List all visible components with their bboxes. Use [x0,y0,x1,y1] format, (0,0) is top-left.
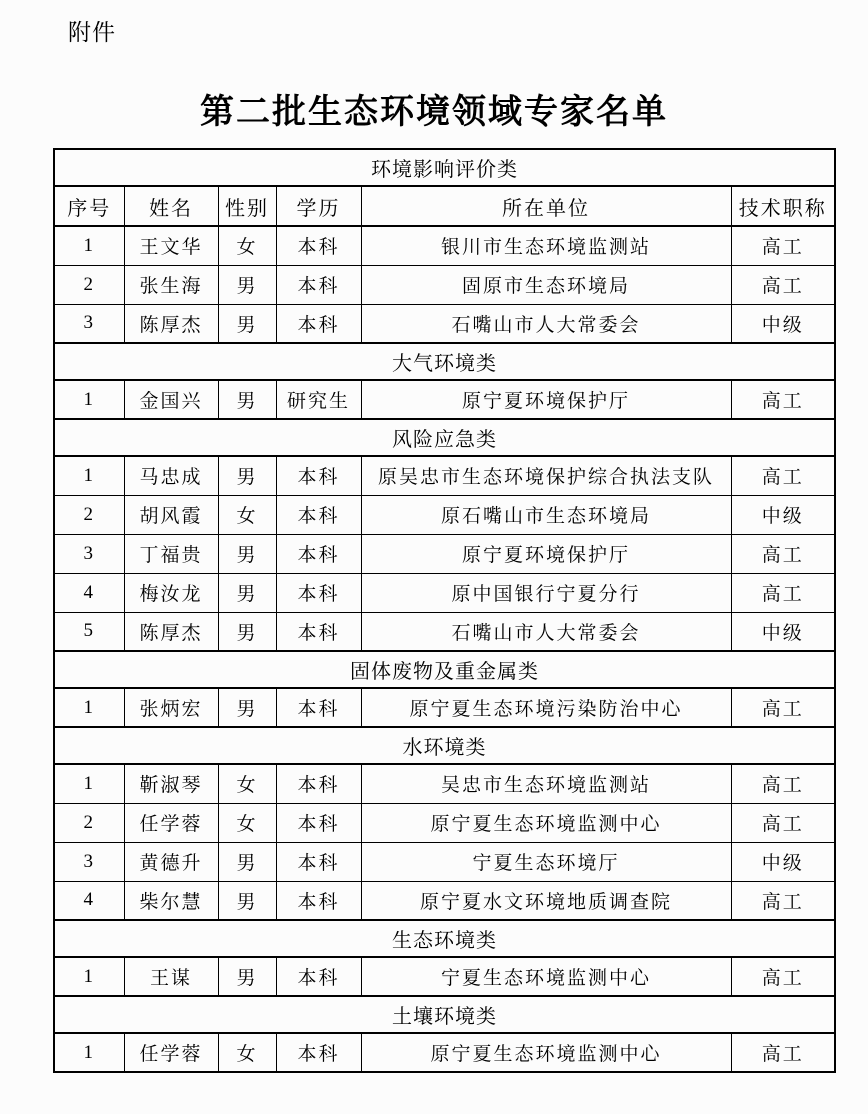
section-title: 水环境类 [54,727,835,764]
cell-job-title: 中级 [731,495,835,534]
column-header-5: 技术职称 [731,186,835,226]
cell-education: 本科 [276,304,361,343]
column-header-4: 所在单位 [361,186,731,226]
table-row: 3黄德升男本科宁夏生态环境厅中级 [54,842,835,881]
cell-index: 1 [54,688,124,727]
table-row: 4柴尔慧男本科原宁夏水文环境地质调查院高工 [54,881,835,920]
cell-gender: 男 [218,456,276,495]
cell-name: 马忠成 [124,456,218,495]
experts-table-body: 环境影响评价类序号姓名性别学历所在单位技术职称1王文华女本科银川市生态环境监测站… [54,149,835,1072]
column-header-0: 序号 [54,186,124,226]
section-header-row: 大气环境类 [54,343,835,380]
cell-index: 1 [54,380,124,419]
cell-name: 金国兴 [124,380,218,419]
table-row: 3丁福贵男本科原宁夏环境保护厅高工 [54,534,835,573]
cell-education: 研究生 [276,380,361,419]
table-row: 4梅汝龙男本科原中国银行宁夏分行高工 [54,573,835,612]
cell-index: 2 [54,495,124,534]
table-row: 5陈厚杰男本科石嘴山市人大常委会中级 [54,612,835,651]
cell-name: 王文华 [124,226,218,265]
cell-education: 本科 [276,881,361,920]
cell-job-title: 高工 [731,764,835,803]
cell-gender: 男 [218,957,276,996]
cell-education: 本科 [276,456,361,495]
cell-job-title: 中级 [731,612,835,651]
cell-education: 本科 [276,957,361,996]
cell-education: 本科 [276,573,361,612]
cell-unit: 原宁夏生态环境污染防治中心 [361,688,731,727]
cell-job-title: 中级 [731,842,835,881]
cell-name: 张炳宏 [124,688,218,727]
cell-gender: 男 [218,612,276,651]
cell-unit: 宁夏生态环境厅 [361,842,731,881]
cell-name: 任学蓉 [124,1033,218,1072]
page-title: 第二批生态环境领域专家名单 [0,84,868,133]
cell-education: 本科 [276,534,361,573]
cell-unit: 原中国银行宁夏分行 [361,573,731,612]
column-header-3: 学历 [276,186,361,226]
cell-job-title: 高工 [731,688,835,727]
cell-index: 5 [54,612,124,651]
column-header-2: 性别 [218,186,276,226]
cell-gender: 女 [218,495,276,534]
cell-name: 张生海 [124,265,218,304]
cell-unit: 宁夏生态环境监测中心 [361,957,731,996]
table-row: 1王文华女本科银川市生态环境监测站高工 [54,226,835,265]
cell-unit: 石嘴山市人大常委会 [361,612,731,651]
cell-gender: 男 [218,304,276,343]
cell-unit: 原宁夏环境保护厅 [361,534,731,573]
cell-job-title: 高工 [731,380,835,419]
section-title: 土壤环境类 [54,996,835,1033]
cell-gender: 男 [218,573,276,612]
cell-unit: 原宁夏环境保护厅 [361,380,731,419]
section-title: 大气环境类 [54,343,835,380]
table-row: 2张生海男本科固原市生态环境局高工 [54,265,835,304]
section-header-row: 水环境类 [54,727,835,764]
cell-job-title: 高工 [731,881,835,920]
table-row: 2胡风霞女本科原石嘴山市生态环境局中级 [54,495,835,534]
cell-index: 3 [54,534,124,573]
table-row: 1任学蓉女本科原宁夏生态环境监测中心高工 [54,1033,835,1072]
cell-name: 梅汝龙 [124,573,218,612]
table-row: 1金国兴男研究生原宁夏环境保护厅高工 [54,380,835,419]
cell-education: 本科 [276,612,361,651]
cell-unit: 吴忠市生态环境监测站 [361,764,731,803]
cell-index: 4 [54,573,124,612]
cell-name: 丁福贵 [124,534,218,573]
cell-index: 3 [54,842,124,881]
cell-job-title: 高工 [731,803,835,842]
cell-index: 3 [54,304,124,343]
cell-unit: 原宁夏生态环境监测中心 [361,1033,731,1072]
cell-job-title: 高工 [731,265,835,304]
table-row: 2任学蓉女本科原宁夏生态环境监测中心高工 [54,803,835,842]
cell-name: 柴尔慧 [124,881,218,920]
cell-job-title: 高工 [731,573,835,612]
cell-index: 1 [54,764,124,803]
cell-name: 胡风霞 [124,495,218,534]
cell-index: 2 [54,803,124,842]
cell-unit: 原石嘴山市生态环境局 [361,495,731,534]
cell-unit: 原宁夏水文环境地质调查院 [361,881,731,920]
section-title: 风险应急类 [54,419,835,456]
cell-education: 本科 [276,803,361,842]
cell-index: 1 [54,226,124,265]
column-header-row: 序号姓名性别学历所在单位技术职称 [54,186,835,226]
attachment-label: 附件 [68,14,116,47]
cell-job-title: 高工 [731,1033,835,1072]
cell-name: 靳淑琴 [124,764,218,803]
cell-job-title: 高工 [731,226,835,265]
cell-index: 1 [54,456,124,495]
cell-gender: 男 [218,688,276,727]
cell-unit: 银川市生态环境监测站 [361,226,731,265]
table-row: 1靳淑琴女本科吴忠市生态环境监测站高工 [54,764,835,803]
cell-index: 1 [54,957,124,996]
cell-index: 1 [54,1033,124,1072]
column-header-1: 姓名 [124,186,218,226]
cell-index: 4 [54,881,124,920]
cell-unit: 固原市生态环境局 [361,265,731,304]
cell-job-title: 中级 [731,304,835,343]
cell-gender: 男 [218,265,276,304]
cell-name: 任学蓉 [124,803,218,842]
cell-education: 本科 [276,842,361,881]
cell-gender: 男 [218,380,276,419]
section-title: 生态环境类 [54,920,835,957]
section-title: 环境影响评价类 [54,149,835,186]
section-header-row: 固体废物及重金属类 [54,651,835,688]
cell-job-title: 高工 [731,534,835,573]
cell-name: 王谋 [124,957,218,996]
table-row: 1王谋男本科宁夏生态环境监测中心高工 [54,957,835,996]
cell-gender: 男 [218,534,276,573]
cell-unit: 石嘴山市人大常委会 [361,304,731,343]
table-row: 3陈厚杰男本科石嘴山市人大常委会中级 [54,304,835,343]
cell-gender: 男 [218,842,276,881]
section-header-row: 环境影响评价类 [54,149,835,186]
section-title: 固体废物及重金属类 [54,651,835,688]
cell-education: 本科 [276,265,361,304]
cell-name: 黄德升 [124,842,218,881]
section-header-row: 土壤环境类 [54,996,835,1033]
cell-index: 2 [54,265,124,304]
cell-education: 本科 [276,495,361,534]
cell-gender: 女 [218,803,276,842]
table-row: 1马忠成男本科原吴忠市生态环境保护综合执法支队高工 [54,456,835,495]
cell-unit: 原宁夏生态环境监测中心 [361,803,731,842]
cell-gender: 女 [218,1033,276,1072]
cell-job-title: 高工 [731,456,835,495]
cell-gender: 女 [218,764,276,803]
cell-gender: 女 [218,226,276,265]
cell-education: 本科 [276,688,361,727]
cell-education: 本科 [276,764,361,803]
section-header-row: 生态环境类 [54,920,835,957]
section-header-row: 风险应急类 [54,419,835,456]
cell-unit: 原吴忠市生态环境保护综合执法支队 [361,456,731,495]
cell-education: 本科 [276,1033,361,1072]
cell-gender: 男 [218,881,276,920]
cell-name: 陈厚杰 [124,612,218,651]
cell-education: 本科 [276,226,361,265]
experts-table: 环境影响评价类序号姓名性别学历所在单位技术职称1王文华女本科银川市生态环境监测站… [53,148,836,1073]
document-page: 附件 第二批生态环境领域专家名单 环境影响评价类序号姓名性别学历所在单位技术职称… [0,0,868,1114]
table-row: 1张炳宏男本科原宁夏生态环境污染防治中心高工 [54,688,835,727]
cell-job-title: 高工 [731,957,835,996]
cell-name: 陈厚杰 [124,304,218,343]
